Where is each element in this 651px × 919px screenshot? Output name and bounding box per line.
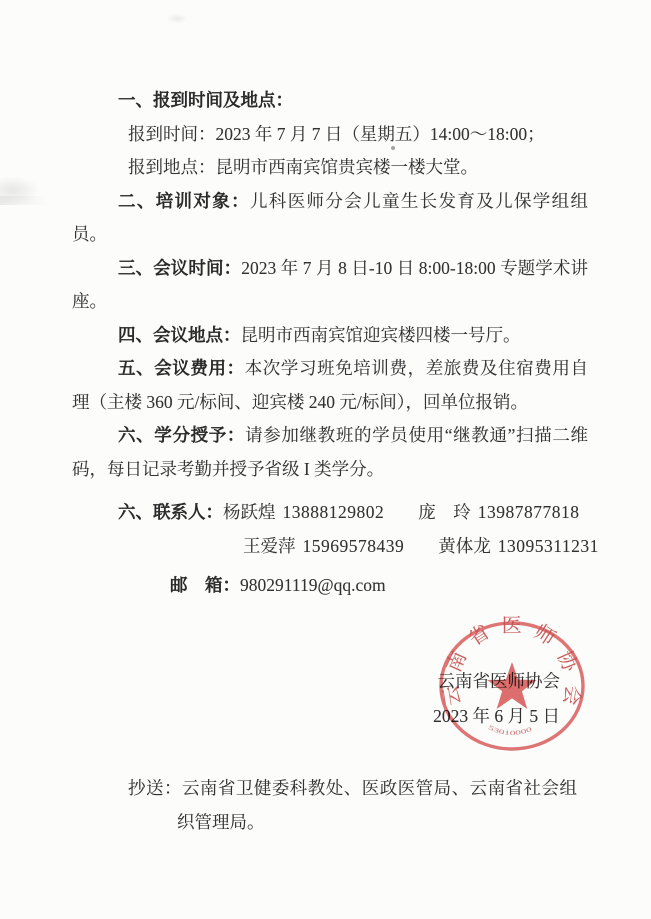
paragraph-label: 四、会议地点： (118, 325, 241, 345)
contacts-section: 六、联系人：杨跃煌13888129802庞 玲13987877818王爱萍159… (72, 496, 588, 563)
paragraph-label: 三、会议时间： (118, 258, 241, 278)
body-paragraph: 报到时间：2023 年 7 月 7 日（星期五）14:00～18:00； (72, 118, 588, 152)
contact-row: 六、联系人：杨跃煌13888129802庞 玲13987877818 (72, 496, 588, 530)
body-paragraph: 五、会议费用：本次学习班免培训费，差旅费及住宿费用自理（主楼 360 元/标间、… (72, 352, 588, 419)
scan-artifact (0, 176, 40, 204)
contacts-label: 六、联系人： (118, 502, 223, 522)
contact-row: 王爱萍15969578439黄体龙13095311231 (72, 530, 588, 564)
paragraph-text: 昆明市西南宾馆迎宾楼四楼一号厅。 (241, 325, 521, 345)
scan-artifact (166, 13, 188, 24)
signature-org: 云南省医师协会 (0, 664, 560, 699)
body-paragraph: 报到地点：昆明市西南宾馆贵宾楼一楼大堂。 (72, 151, 588, 185)
body-paragraphs: 一、报到时间及地点：报到时间：2023 年 7 月 7 日（星期五）14:00～… (72, 84, 588, 486)
paragraph-label: 二、培训对象： (118, 191, 250, 211)
contact-phone: 15969578439 (303, 536, 405, 556)
signature-block: 云南省医师协会 2023 年 6 月 5 日 (0, 664, 560, 734)
body-paragraph: 二、培训对象：儿科医师分会儿童生长发育及儿保学组组员。 (72, 185, 588, 252)
scan-artifact (0, 196, 48, 205)
contact-name: 王爱萍 (243, 536, 296, 556)
cc-block: 抄送：云南省卫健委科教处、医政医管局、云南省社会组织管理局。 (72, 772, 577, 839)
signature-date: 2023 年 6 月 5 日 (0, 699, 560, 734)
contact-phone: 13987877818 (478, 502, 580, 522)
body-paragraph: 四、会议地点：昆明市西南宾馆迎宾楼四楼一号厅。 (72, 319, 588, 353)
body-paragraph: 六、学分授予：请参加继教班的学员使用“继教通”扫描二维码，每日记录考勤并授予省级… (72, 419, 588, 486)
email-label: 邮 箱： (170, 575, 240, 595)
document-page: 一、报到时间及地点：报到时间：2023 年 7 月 7 日（星期五）14:00～… (0, 0, 651, 919)
body-paragraph: 一、报到时间及地点： (72, 84, 588, 118)
email-line: 邮 箱：980291119@qq.com (72, 569, 588, 603)
paragraph-text: 报到时间：2023 年 7 月 7 日（星期五）14:00～18:00； (128, 124, 545, 144)
cc-label: 抄送： (128, 778, 182, 798)
paragraph-label: 六、学分授予： (118, 425, 245, 445)
contact-pair: 庞 玲13987877818 (418, 496, 579, 530)
paragraph-text: 报到地点：昆明市西南宾馆贵宾楼一楼大堂。 (128, 157, 478, 177)
contact-name: 庞 玲 (418, 502, 471, 522)
contact-pair: 杨跃煌13888129802 (223, 496, 384, 530)
contact-phone: 13095311231 (498, 536, 599, 556)
body-paragraph: 三、会议时间：2023 年 7 月 8 日-10 日 8:00-18:00 专题… (72, 252, 588, 319)
email-address: 980291119@qq.com (240, 575, 386, 595)
contact-pair: 王爱萍15969578439 (243, 530, 404, 564)
contact-name: 黄体龙 (438, 536, 491, 556)
document-body: 一、报到时间及地点：报到时间：2023 年 7 月 7 日（星期五）14:00～… (72, 84, 588, 603)
cc-text: 云南省卫健委科教处、医政医管局、云南省社会组织管理局。 (177, 778, 577, 832)
paragraph-label: 一、报到时间及地点： (118, 90, 293, 110)
contact-name: 杨跃煌 (223, 502, 276, 522)
contact-pair: 黄体龙13095311231 (438, 530, 599, 564)
contact-phone: 13888129802 (283, 502, 385, 522)
paragraph-label: 五、会议费用： (118, 358, 245, 378)
